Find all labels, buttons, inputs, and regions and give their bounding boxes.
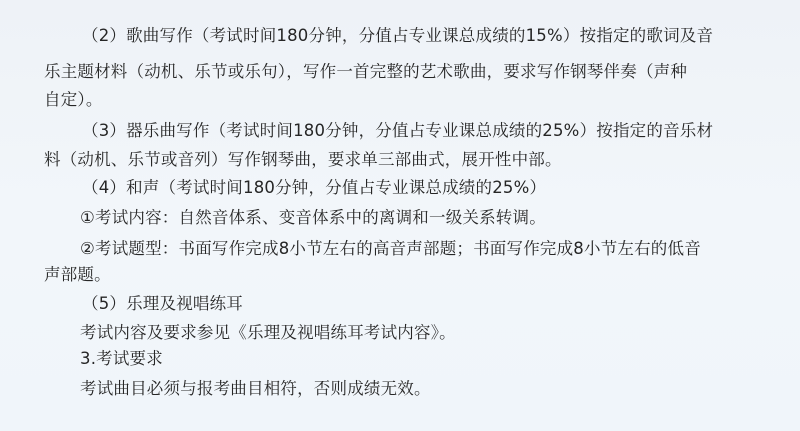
paragraph-instrumental-line-2: 料（动机、乐节或音列）写作钢琴曲，要求单三部曲式，展开性中部。 — [44, 149, 562, 171]
document-page: （2）歌曲写作（考试时间180分钟，分值占专业课总成绩的15%）按指定的歌词及音… — [0, 0, 800, 431]
heading-exam-requirements: 3.考试要求 — [80, 348, 163, 370]
theory-reference-text: 考试内容及要求参见《乐理及视唱练耳考试内容》。 — [80, 322, 456, 344]
heading-theory-ear-training: （5）乐理及视唱练耳 — [82, 293, 243, 315]
heading-harmony: （4）和声（考试时间180分钟，分值占专业课总成绩的25%） — [82, 177, 546, 199]
harmony-exam-type-line-1: ②考试题型：书面写作完成8小节左右的高音声部题；书面写作完成8小节左右的低音 — [80, 238, 701, 260]
paragraph-song-writing-line-3: 自定）。 — [44, 89, 103, 111]
paragraph-song-writing-line-1: （2）歌曲写作（考试时间180分钟，分值占专业课总成绩的15%）按指定的歌词及音 — [82, 25, 713, 47]
harmony-exam-content: ①考试内容：自然音体系、变音体系中的离调和一级关系转调。 — [80, 207, 546, 229]
paragraph-song-writing-line-2: 乐主题材料（动机、乐节或乐句），写作一首完整的艺术歌曲，要求写作钢琴伴奏（声种 — [44, 61, 687, 83]
harmony-exam-type-line-2: 声部题。 — [44, 264, 111, 286]
paragraph-instrumental-line-1: （3）器乐曲写作（考试时间180分钟，分值占专业课总成绩的25%）按指定的音乐材 — [82, 120, 713, 142]
exam-requirements-text: 考试曲目必须与报考曲目相符，否则成绩无效。 — [80, 378, 431, 400]
